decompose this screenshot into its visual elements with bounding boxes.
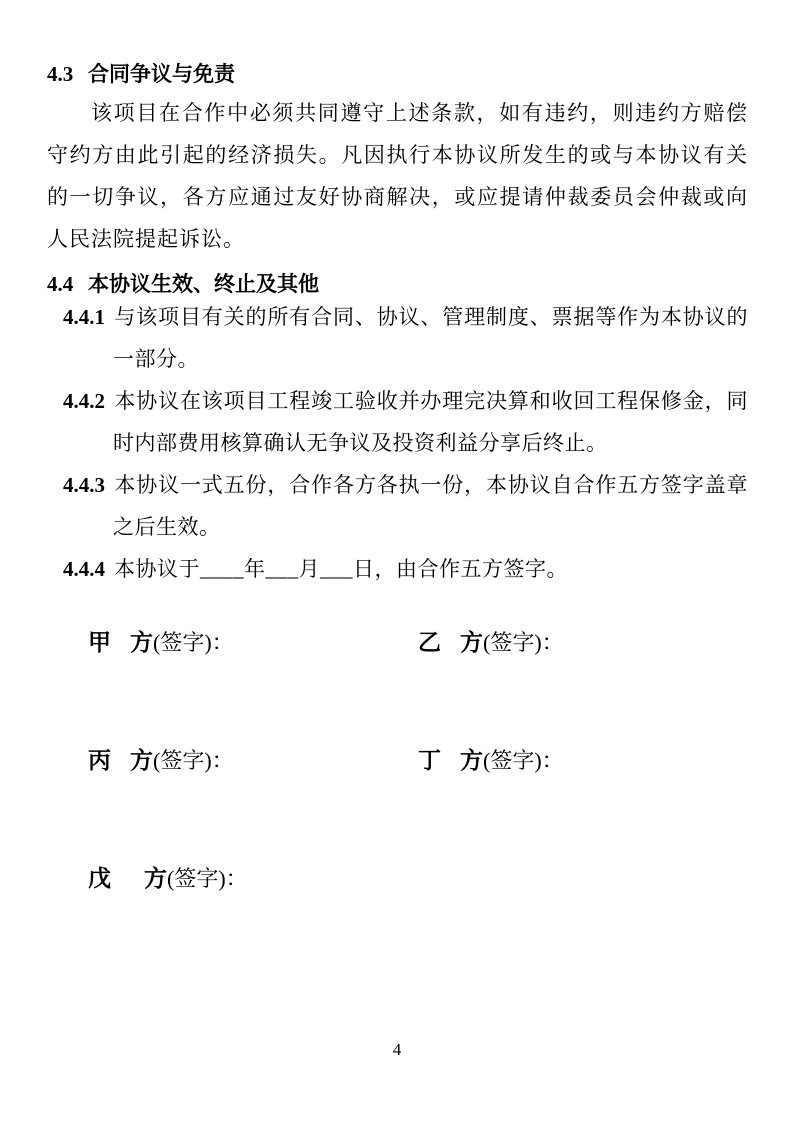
page-content: 4.3合同争议与免责 该项目在合作中必须共同遵守上述条款，如有违约，则违约方赔偿… <box>0 0 794 890</box>
party-label: 方 <box>130 630 153 655</box>
signature-row-2: 丙方(签字)： 丁方(签字)： <box>88 742 748 772</box>
signature-row-3: 戊方(签字)： <box>88 860 748 890</box>
clause-text: 本协议一式五份，合作各方各执一份，本协议自合作五方签字盖章之后生效。 <box>113 473 748 539</box>
party-name: 丙 <box>88 748 111 773</box>
signature-suffix: (签字)： <box>153 748 234 773</box>
section-heading-4-3: 4.3合同争议与免责 <box>47 62 748 86</box>
signature-party-bing: 丙方(签字)： <box>88 742 418 772</box>
signature-suffix: (签字)： <box>153 630 234 655</box>
clause-number: 4.4.4 <box>63 557 114 581</box>
signature-row-1: 甲方(签字)： 乙方(签字)： <box>88 624 748 654</box>
party-label: 方 <box>460 630 483 655</box>
section-heading-4-4: 4.4本协议生效、终止及其他 <box>47 272 748 296</box>
section-title: 本协议生效、终止及其他 <box>88 272 319 296</box>
signature-party-wu: 戊方(签字)： <box>88 860 442 890</box>
signature-suffix: (签字)： <box>483 748 564 773</box>
party-label: 方 <box>460 748 483 773</box>
signature-party-jia: 甲方(签字)： <box>88 624 418 654</box>
clause-text: 本协议在该项目工程竣工验收并办理完决算和收回工程保修金，同时内部费用核算确认无争… <box>113 389 748 455</box>
clause-text: 与该项目有关的所有合同、协议、管理制度、票据等作为本协议的一部分。 <box>113 305 748 371</box>
party-name: 丁 <box>418 748 441 773</box>
signature-party-yi: 乙方(签字)： <box>418 624 748 654</box>
clause-4-4-3: 4.4.3本协议一式五份，合作各方各执一份，本协议自合作五方签字盖章之后生效。 <box>63 464 748 548</box>
clause-text-date-blanks: 本协议于____年___月___日，由合作五方签字。 <box>114 557 568 581</box>
clause-4-4-1: 4.4.1与该项目有关的所有合同、协议、管理制度、票据等作为本协议的一部分。 <box>63 296 748 380</box>
signature-suffix: (签字)： <box>167 866 248 891</box>
clause-number: 4.4.1 <box>63 305 114 329</box>
party-name: 甲 <box>88 630 111 655</box>
section-title: 合同争议与免责 <box>88 62 235 86</box>
party-name: 戊 <box>88 866 111 891</box>
section-number: 4.4 <box>47 272 88 296</box>
signature-party-ding: 丁方(签字)： <box>418 742 748 772</box>
signature-block: 甲方(签字)： 乙方(签字)： 丙方(签字)： 丁方(签字)： 戊方(签字)： <box>88 624 748 890</box>
party-label: 方 <box>130 748 153 773</box>
clause-number: 4.4.3 <box>63 473 114 497</box>
clause-number: 4.4.2 <box>63 389 114 413</box>
clause-4-4-2: 4.4.2本协议在该项目工程竣工验收并办理完决算和收回工程保修金，同时内部费用核… <box>63 380 748 464</box>
clause-4-4-4: 4.4.4本协议于____年___月___日，由合作五方签字。 <box>63 548 748 590</box>
paragraph-dispute-liability: 该项目在合作中必须共同遵守上述条款，如有违约，则违约方赔偿守约方由此引起的经济损… <box>47 92 748 260</box>
party-name: 乙 <box>418 630 441 655</box>
contract-page: 4.3合同争议与免责 该项目在合作中必须共同遵守上述条款，如有违约，则违约方赔偿… <box>0 0 794 1123</box>
party-label: 方 <box>144 866 167 891</box>
signature-suffix: (签字)： <box>483 630 564 655</box>
page-number: 4 <box>0 1040 794 1060</box>
section-number: 4.3 <box>47 62 88 86</box>
